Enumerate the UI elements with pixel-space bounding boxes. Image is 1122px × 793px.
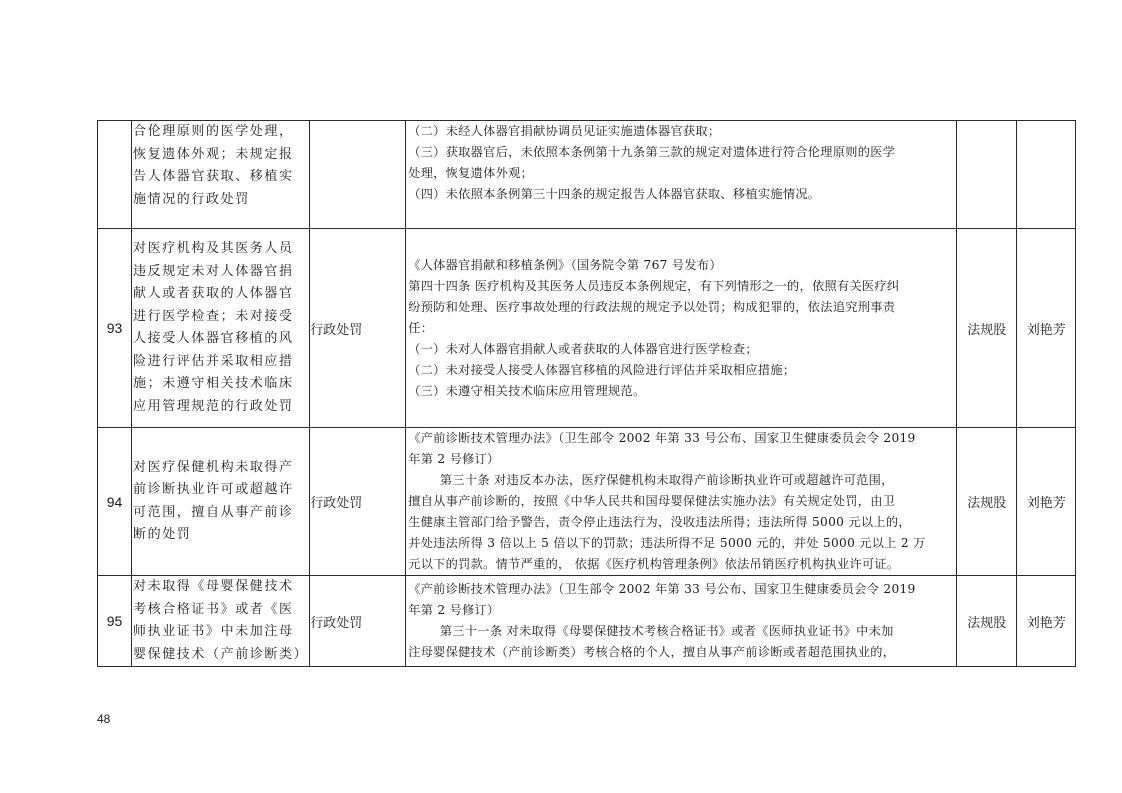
- item-line: 前诊断执业许可或超越许: [133, 479, 308, 502]
- enforcement-items-table: 合伦理原则的医学处理， 恢复遗体外观；未规定报 告人体器官获取、移植实 施情况的…: [97, 120, 1076, 667]
- basis-line: 第三十一条 对未取得《母婴保健技术考核合格证书》或者《医师执业证书》中未加: [408, 621, 954, 642]
- basis-line: （二）未对接受人接受人体器官移植的风险进行评估并采取相应措施；: [408, 360, 954, 381]
- responsible-person-cell: 刘艳芳: [1017, 428, 1076, 576]
- item-name-cell: 对未取得《母婴保健技术 考核合格证书》或者《医 师执业证书》中未加注母 婴保健技…: [132, 576, 310, 667]
- legal-basis-cell: 《产前诊断技术管理办法》（卫生部令 2002 年第 33 号公布、国家卫生健康委…: [406, 576, 957, 667]
- basis-line: 《人体器官捐献和移植条例》（国务院令第 767 号发布）: [408, 255, 954, 276]
- department-cell: 法规股: [957, 576, 1017, 667]
- department-cell: 法规股: [957, 229, 1017, 428]
- legal-basis-cell: 《产前诊断技术管理办法》（卫生部令 2002 年第 33 号公布、国家卫生健康委…: [406, 428, 957, 576]
- item-name-cell: 对医疗保健机构未取得产 前诊断执业许可或超越许 可范围，擅自从事产前诊 断的处罚: [132, 428, 310, 576]
- basis-line: 处理，恢复遗体外观；: [408, 163, 954, 184]
- table-row: 93 对医疗机构及其医务人员 违反规定未对人体器官捐 献人或者获取的人体器官 进…: [98, 229, 1076, 428]
- row-number-cell: [98, 121, 132, 229]
- item-line: 应用管理规范的行政处罚: [133, 396, 308, 419]
- item-line: 对未取得《母婴保健技术: [133, 576, 308, 599]
- basis-line: （二）未经人体器官捐献协调员见证实施遗体器官获取；: [408, 121, 954, 142]
- item-type-cell: [310, 121, 406, 229]
- basis-line: （三）获取器官后，未依照本条例第十九条第三款的规定对遗体进行符合伦理原则的医学: [408, 142, 954, 163]
- item-type-cell: 行政处罚: [310, 428, 406, 576]
- item-line: 违反规定未对人体器官捐: [133, 261, 308, 284]
- item-line: 师执业证书》中未加注母: [133, 621, 308, 644]
- basis-line: （一）未对人体器官捐献人或者获取的人体器官进行医学检查；: [408, 339, 954, 360]
- basis-line: （三）未遵守相关技术临床应用管理规范。: [408, 381, 954, 402]
- item-line: 恢复遗体外观；未规定报: [133, 144, 308, 167]
- basis-line: 第三十条 对违反本办法，医疗保健机构未取得产前诊断执业许可或超越许可范围，: [408, 470, 954, 491]
- item-type-cell: 行政处罚: [310, 229, 406, 428]
- item-name-cell: 对医疗机构及其医务人员 违反规定未对人体器官捐 献人或者获取的人体器官 进行医学…: [132, 229, 310, 428]
- basis-line: 注母婴保健技术（产前诊断类）考核合格的个人，擅自从事产前诊断或者超范围执业的，: [408, 642, 954, 663]
- responsible-person-cell: 刘艳芳: [1017, 576, 1076, 667]
- table-row: 94 对医疗保健机构未取得产 前诊断执业许可或超越许 可范围，擅自从事产前诊 断…: [98, 428, 1076, 576]
- basis-line: （四）未依照本条例第三十四条的规定报告人体器官获取、移植实施情况。: [408, 184, 954, 205]
- table-row: 合伦理原则的医学处理， 恢复遗体外观；未规定报 告人体器官获取、移植实 施情况的…: [98, 121, 1076, 229]
- department-cell: [957, 121, 1017, 229]
- basis-line: 《产前诊断技术管理办法》（卫生部令 2002 年第 33 号公布、国家卫生健康委…: [408, 428, 954, 449]
- item-name-cell: 合伦理原则的医学处理， 恢复遗体外观；未规定报 告人体器官获取、移植实 施情况的…: [132, 121, 310, 229]
- item-line: 人接受人体器官移植的风: [133, 328, 308, 351]
- item-line: 断的处罚: [133, 524, 308, 547]
- legal-basis-cell: 《人体器官捐献和移植条例》（国务院令第 767 号发布） 第四十四条 医疗机构及…: [406, 229, 957, 428]
- basis-line: 生健康主管部门给予警告，责令停止违法行为，没收违法所得；违法所得 5000 元以…: [408, 512, 954, 533]
- row-number-cell: 94: [98, 428, 132, 576]
- basis-line: 任：: [408, 318, 954, 339]
- item-line: 合伦理原则的医学处理，: [133, 121, 308, 144]
- item-line: 施情况的行政处罚: [133, 189, 308, 212]
- item-type-cell: 行政处罚: [310, 576, 406, 667]
- legal-basis-cell: （二）未经人体器官捐献协调员见证实施遗体器官获取； （三）获取器官后，未依照本条…: [406, 121, 957, 229]
- responsible-person-cell: 刘艳芳: [1017, 229, 1076, 428]
- basis-line: 年第 2 号修订）: [408, 600, 954, 621]
- basis-line: 元以下的罚款。情节严重的， 依据《医疗机构管理条例》依法吊销医疗机构执业许可证。: [408, 554, 954, 575]
- basis-line: 纷预防和处理、医疗事故处理的行政法规的规定予以处罚；构成犯罪的，依法追究刑事责: [408, 297, 954, 318]
- item-line: 可范围，擅自从事产前诊: [133, 502, 308, 525]
- department-cell: 法规股: [957, 428, 1017, 576]
- row-number-cell: 93: [98, 229, 132, 428]
- page-number: 48: [97, 712, 110, 726]
- item-line: 对医疗机构及其医务人员: [133, 238, 308, 261]
- basis-line: 《产前诊断技术管理办法》（卫生部令 2002 年第 33 号公布、国家卫生健康委…: [408, 579, 954, 600]
- item-line: 告人体器官获取、移植实: [133, 166, 308, 189]
- item-line: 考核合格证书》或者《医: [133, 599, 308, 622]
- item-line: 献人或者获取的人体器官: [133, 283, 308, 306]
- responsible-person-cell: [1017, 121, 1076, 229]
- table-row: 95 对未取得《母婴保健技术 考核合格证书》或者《医 师执业证书》中未加注母 婴…: [98, 576, 1076, 667]
- row-number-cell: 95: [98, 576, 132, 667]
- item-line: 婴保健技术（产前诊断类）: [133, 644, 308, 667]
- item-line: 对医疗保健机构未取得产: [133, 457, 308, 480]
- basis-line: 第四十四条 医疗机构及其医务人员违反本条例规定，有下列情形之一的，依照有关医疗纠: [408, 276, 954, 297]
- item-line: 进行医学检查；未对接受: [133, 306, 308, 329]
- item-line: 施；未遵守相关技术临床: [133, 373, 308, 396]
- basis-line: 并处违法所得 3 倍以上 5 倍以下的罚款；违法所得不足 5000 元的，并处 …: [408, 533, 954, 554]
- basis-line: 擅自从事产前诊断的，按照《中华人民共和国母婴保健法实施办法》有关规定处罚，由卫: [408, 491, 954, 512]
- item-line: 险进行评估并采取相应措: [133, 351, 308, 374]
- basis-line: 年第 2 号修订）: [408, 449, 954, 470]
